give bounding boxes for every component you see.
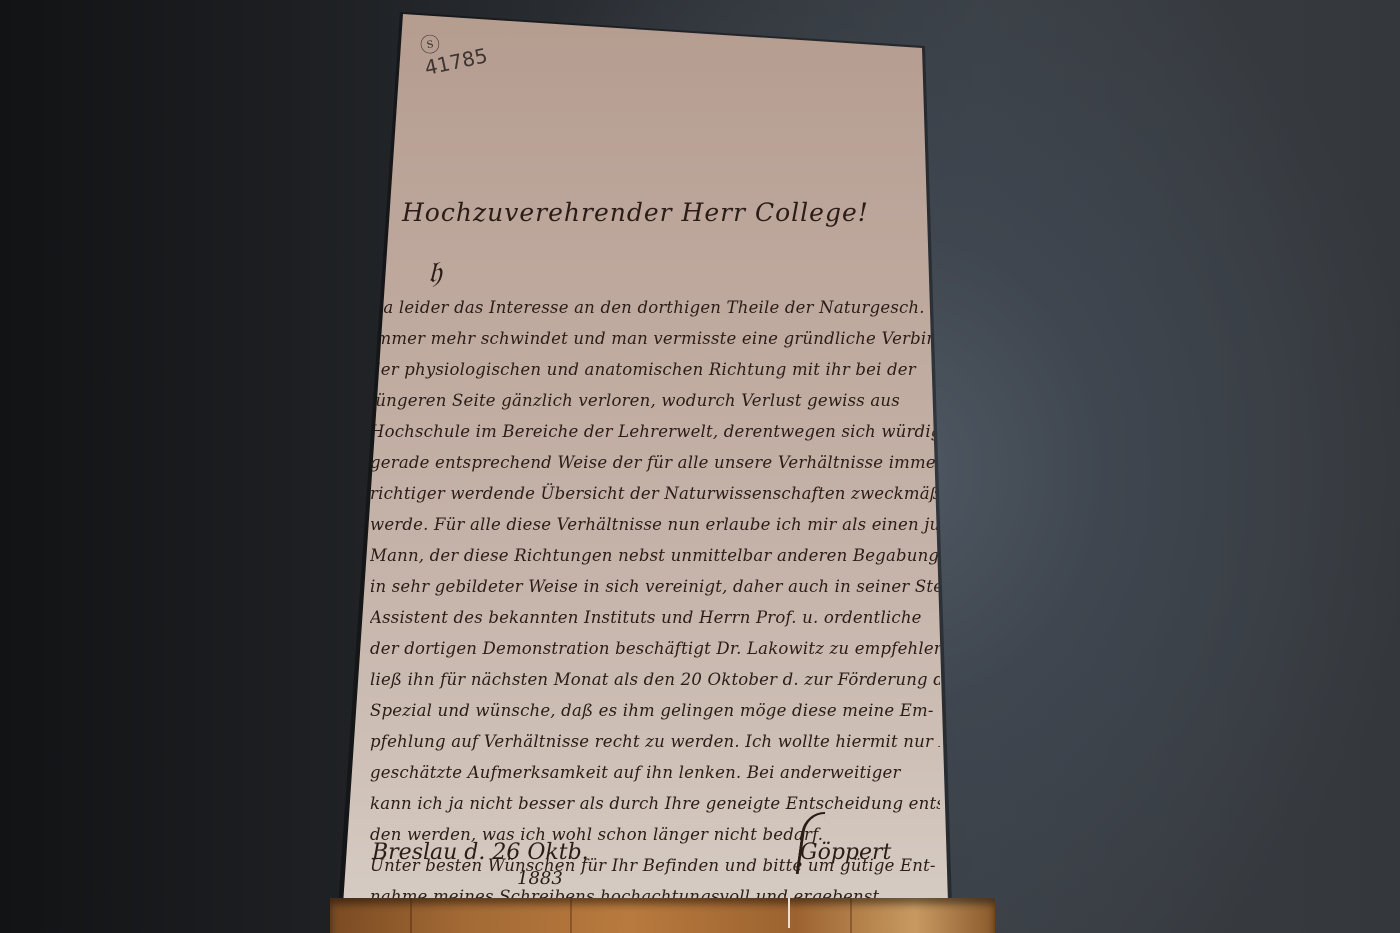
wood-grain	[850, 898, 852, 933]
body-line: Assistent des bekannten Instituts und He…	[370, 602, 940, 633]
body-line: immer mehr schwindet und man vermisste e…	[370, 323, 940, 354]
initial-mark: 𝔥	[428, 255, 442, 290]
body-line: richtiger werdende Übersicht der Naturwi…	[370, 478, 940, 509]
wood-grain	[570, 898, 572, 933]
body-line: kann ich ja nicht besser als durch Ihre …	[370, 788, 940, 819]
white-thread	[788, 898, 790, 928]
body-line: der dortigen Demonstration beschäftigt D…	[370, 633, 940, 664]
letter-paper: ⓢ 41785 Hochzuverehrender Herr College! …	[0, 0, 1400, 933]
signature: Göppert	[800, 840, 891, 865]
wood-grain	[410, 898, 412, 933]
body-line: Da leider das Interesse an den dorthigen…	[370, 292, 940, 323]
body-line: in sehr gebildeter Weise in sich vereini…	[370, 571, 940, 602]
wooden-stand	[330, 898, 995, 933]
body-line: der physiologischen und anatomischen Ric…	[370, 354, 940, 385]
place-date: Breslau d. 26 Oktb.	[372, 840, 589, 865]
body-line: gerade entsprechend Weise der für alle u…	[370, 447, 940, 478]
body-line: Hochschule im Bereiche der Lehrerwelt, d…	[370, 416, 940, 447]
body-line: pfehlung auf Verhältnisse recht zu werde…	[370, 726, 940, 757]
body-line: werde. Für alle diese Verhältnisse nun e…	[370, 509, 940, 540]
body-line: ließ ihn für nächsten Monat als den 20 O…	[370, 664, 940, 695]
letter-body: Da leider das Interesse an den dorthigen…	[370, 292, 940, 912]
body-line: geschätzte Aufmerksamkeit auf ihn lenken…	[370, 757, 940, 788]
body-line: jüngeren Seite gänzlich verloren, wodurc…	[370, 385, 940, 416]
salutation: Hochzuverehrender Herr College!	[402, 198, 869, 227]
body-line: Mann, der diese Richtungen nebst unmitte…	[370, 540, 940, 571]
archive-number: ⓢ 41785	[418, 23, 489, 79]
letter-year: 1883	[517, 868, 563, 889]
body-line: Spezial und wünsche, daß es ihm gelingen…	[370, 695, 940, 726]
